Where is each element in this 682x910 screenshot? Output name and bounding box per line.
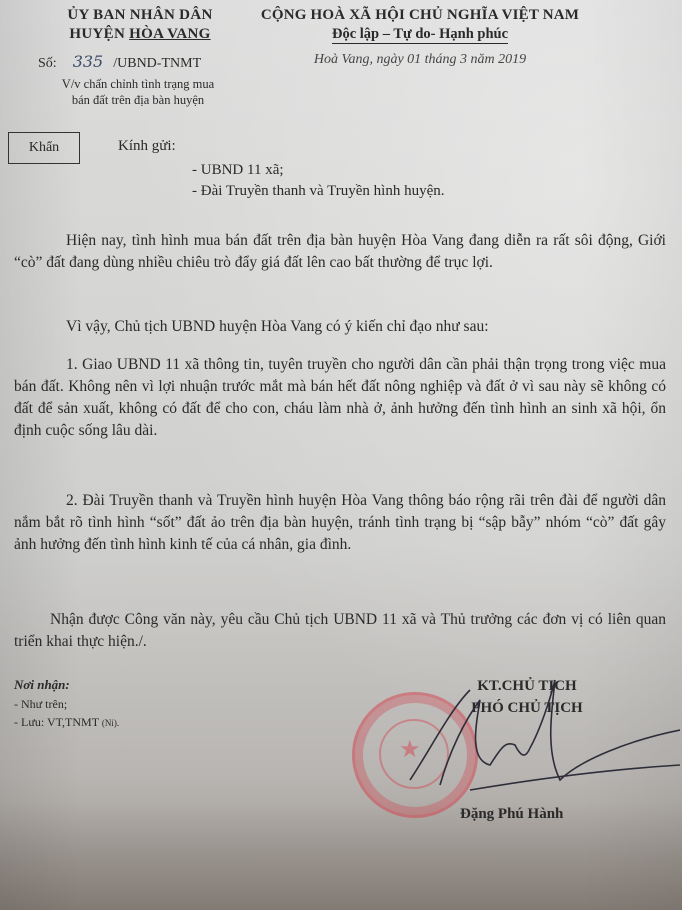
- addressee-item: - UBND 11 xã;: [192, 162, 284, 179]
- authority-district: HÒA VANG: [129, 26, 210, 42]
- authority-line1: ỦY BAN NHÂN DÂN: [40, 6, 240, 25]
- nation-title: CỘNG HOÀ XÃ HỘI CHỦ NGHĨA VIỆT NAM: [250, 6, 590, 25]
- authority-line2: HUYỆN HÒA VANG: [40, 25, 240, 44]
- issuing-authority: ỦY BAN NHÂN DÂN HUYỆN HÒA VANG: [40, 6, 240, 44]
- recipient-item: - Lưu: VT,TNMT (Ni).: [14, 715, 119, 730]
- body-paragraph-2: Vì vậy, Chủ tịch UBND huyện Hòa Vang có …: [14, 316, 666, 338]
- archive-label: - Lưu: VT,TNMT: [14, 715, 99, 729]
- closing-text: Nhận được Công văn này, yêu cầu Chủ tịch…: [14, 611, 666, 650]
- motto-text: Độc lập – Tự do- Hạnh phúc: [332, 26, 508, 44]
- addressee-item: - Đài Truyền thanh và Truyền hình huyện.: [192, 183, 445, 200]
- body-paragraph-1: Hiện nay, tình hình mua bán đất trên địa…: [14, 230, 666, 274]
- subject-line2: bán đất trên địa bàn huyện: [38, 92, 238, 108]
- document-subject: V/v chấn chỉnh tình trạng mua bán đất tr…: [38, 76, 238, 108]
- urgency-label: Khẩn: [29, 140, 59, 156]
- closing-paragraph: Nhận được Công văn này, yêu cầu Chủ tịch…: [14, 609, 666, 653]
- subject-line1: V/v chấn chỉnh tình trạng mua: [38, 76, 238, 92]
- authority-line2-prefix: HUYỆN: [69, 26, 129, 42]
- paragraph-1-text: Hiện nay, tình hình mua bán đất trên địa…: [14, 232, 666, 271]
- handwritten-signature: [380, 670, 680, 810]
- ref-suffix: /UBND-TNMT: [113, 56, 201, 71]
- addressee-label: Kính gửi:: [118, 138, 176, 155]
- ref-label: Số:: [38, 56, 57, 71]
- national-motto: Độc lập – Tự do- Hạnh phúc: [250, 25, 590, 44]
- urgency-badge: Khẩn: [8, 132, 80, 164]
- directive-item-2: 2. Đài Truyền thanh và Truyền hình huyện…: [14, 490, 666, 556]
- ref-number: 335: [73, 52, 104, 71]
- national-header: CỘNG HOÀ XÃ HỘI CHỦ NGHĨA VIỆT NAM Độc l…: [250, 6, 590, 68]
- recipients-title: Nơi nhận:: [14, 677, 70, 693]
- document-reference: Số:335/UBND-TNMT: [38, 52, 201, 72]
- directive-item-1: 1. Giao UBND 11 xã thông tin, tuyên truy…: [14, 354, 666, 442]
- directive-1-text: 1. Giao UBND 11 xã thông tin, tuyên truy…: [14, 356, 666, 439]
- recipient-item: - Như trên;: [14, 697, 67, 712]
- document-date: Hoà Vang, ngày 01 tháng 3 năm 2019: [250, 52, 590, 68]
- signer-name: Đặng Phú Hành: [460, 806, 563, 823]
- archive-note: (Ni).: [102, 718, 119, 728]
- directive-2-text: 2. Đài Truyền thanh và Truyền hình huyện…: [14, 492, 666, 553]
- paragraph-2-text: Vì vậy, Chủ tịch UBND huyện Hòa Vang có …: [66, 318, 489, 335]
